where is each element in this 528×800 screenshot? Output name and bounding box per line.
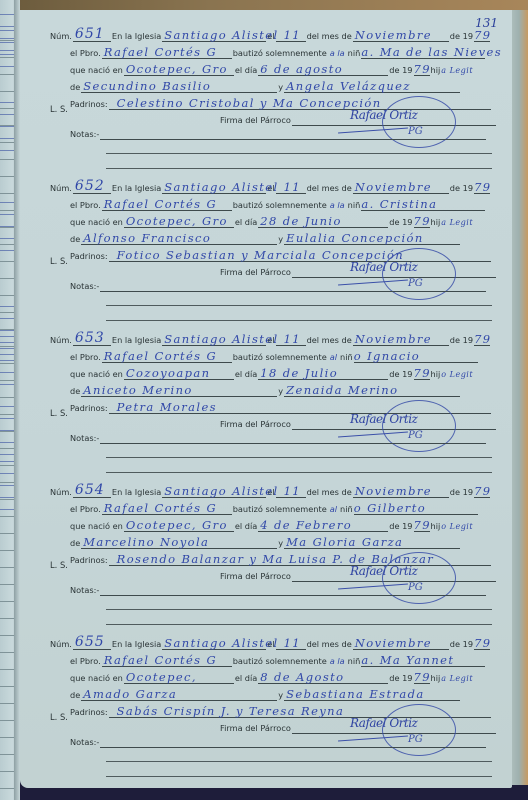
entry-header-row: Núm. 655 En la Iglesia Santiago Alistel … <box>50 634 491 650</box>
priest-name: Rafael Cortés G <box>104 45 217 59</box>
godparents-label: Padrinos: <box>70 251 108 262</box>
year-label: de 19 <box>450 639 473 650</box>
priest-name: Rafael Cortés G <box>104 349 217 363</box>
child-of-label: hij <box>431 217 441 228</box>
notes-line <box>106 472 492 473</box>
birth-date: 28 de Junio <box>260 214 342 228</box>
born-in-label: que nació en <box>70 521 123 532</box>
priest-name: Rafael Cortés G <box>104 197 217 211</box>
entry-header-row: Núm. 651 En la Iglesia Santiago Alistel … <box>50 26 491 42</box>
born-year-field: 79 <box>414 516 430 532</box>
notes-label: Notas:- <box>70 585 99 596</box>
born-day-label: el día <box>235 217 257 228</box>
entry-number-field: 652 <box>73 178 111 194</box>
article: a la <box>330 656 345 667</box>
child-label: niñ <box>348 48 361 59</box>
born-in-field: Ocotepec, Gro <box>124 60 234 76</box>
mother-field: Angela Velázquez <box>284 77 460 93</box>
father-field: Marcelino Noyola <box>81 533 277 549</box>
father-name: Aniceto Merino <box>83 383 193 397</box>
church-label: En la Iglesia <box>112 183 161 194</box>
month-value: Noviembre <box>355 484 432 498</box>
baptism-entry: Núm. 655 En la Iglesia Santiago Alistel … <box>20 626 512 778</box>
priest-row: el Pbro. Rafael Cortés G bautizó solemne… <box>70 195 486 211</box>
notes-line <box>106 153 492 154</box>
born-year-label: de 19 <box>389 369 412 380</box>
baptized-label: bautizó solemnemente <box>233 48 327 59</box>
parish-seal <box>382 552 456 604</box>
article: a la <box>330 48 345 59</box>
baptized-label: bautizó solemnemente <box>233 352 327 363</box>
born-in-label: que nació en <box>70 369 123 380</box>
notes-line <box>106 168 492 169</box>
father-field: Alfonso Francisco <box>81 229 277 245</box>
day-value: 11 <box>284 180 301 194</box>
month-label: del mes de <box>307 335 352 346</box>
church-label: En la Iglesia <box>112 335 161 346</box>
mother-field: Zenaida Merino <box>284 381 460 397</box>
month-value: Noviembre <box>355 180 432 194</box>
parish-seal <box>382 704 456 756</box>
mother-name: Eulalia Concepción <box>286 231 424 245</box>
notes-field[interactable] <box>100 428 486 444</box>
num-label: Núm. <box>50 487 72 498</box>
legitimacy: a Legit <box>441 66 473 75</box>
mother-field: Eulalia Concepción <box>284 229 460 245</box>
year-value: 79 <box>474 484 491 498</box>
baptism-entry: Núm. 654 En la Iglesia Santiago Alistel … <box>20 474 512 626</box>
month-label: del mes de <box>307 31 352 42</box>
entry-number: 652 <box>75 178 105 194</box>
born-in-field: Ocotepec, <box>124 668 234 684</box>
born-year-field: 79 <box>414 212 430 228</box>
born-in-field: Ocotepec, Gro <box>124 516 234 532</box>
parents-row: de Marcelino Noyola y Ma Gloria Garza <box>70 533 461 549</box>
priest-row: el Pbro. Rafael Cortés G bautizó solemne… <box>70 499 479 515</box>
child-name: a. Cristina <box>361 197 437 211</box>
notes-line <box>106 609 492 610</box>
parish-seal <box>382 248 456 300</box>
month-label: del mes de <box>307 639 352 650</box>
day-value: 11 <box>284 636 301 650</box>
mother-name: Zenaida Merino <box>286 383 398 397</box>
notes-line <box>106 320 492 321</box>
priest-row: el Pbro. Rafael Cortés G bautizó solemne… <box>70 651 486 667</box>
father-field: Amado Garza <box>81 685 277 701</box>
priest-field: Rafael Cortés G <box>102 651 232 667</box>
birth-row: que nació en Ocotepec, Gro el día 4 de F… <box>70 516 488 532</box>
child-name-field: a. Cristina <box>361 195 485 211</box>
child-label: niñ <box>348 656 361 667</box>
year-value: 79 <box>474 332 491 346</box>
priest-field: Rafael Cortés G <box>102 347 232 363</box>
entry-number: 654 <box>75 482 105 498</box>
legitimacy: o Legit <box>441 370 473 379</box>
legitimacy: o Legit <box>441 522 473 531</box>
child-name-field: a. Ma de las Nieves <box>361 43 485 59</box>
month-value: Noviembre <box>355 28 432 42</box>
entry-number: 653 <box>75 330 105 346</box>
notes-row: Notas:- <box>70 428 487 444</box>
legitimacy: a Legit <box>441 674 473 683</box>
child-of-label: hij <box>431 521 441 532</box>
born-date-field: 18 de Julio <box>258 364 388 380</box>
born-year-label: de 19 <box>389 673 412 684</box>
child-of-label: hij <box>431 673 441 684</box>
parents-row: de Secundino Basilio y Angela Velázquez <box>70 77 461 93</box>
day-value: 11 <box>284 332 301 346</box>
article: al <box>330 504 337 515</box>
child-label: niñ <box>340 352 353 363</box>
child-name-field: o Ignacio <box>354 347 478 363</box>
ls-label: L. S. <box>50 560 68 570</box>
born-in-label: que nació en <box>70 65 123 76</box>
godparents-label: Padrinos: <box>70 707 108 718</box>
and-label: y <box>278 538 283 549</box>
born-in-field: Cozoyoapan <box>124 364 234 380</box>
year-field: 79 <box>474 482 490 498</box>
priest-label: el Pbro. <box>70 200 101 211</box>
day-field: 11 <box>276 330 306 346</box>
ls-label: L. S. <box>50 256 68 266</box>
year-field: 79 <box>474 330 490 346</box>
article: a la <box>330 200 345 211</box>
of-label: de <box>70 234 80 245</box>
notes-label: Notas:- <box>70 433 99 444</box>
birth-row: que nació en Ocotepec, Gro el día 6 de a… <box>70 60 488 76</box>
of-label: de <box>70 386 80 397</box>
child-label: niñ <box>340 504 353 515</box>
mother-name: Angela Velázquez <box>286 79 411 93</box>
church-name: Santiago Alistel <box>164 28 278 42</box>
day-value: 11 <box>284 28 301 42</box>
born-year-field: 79 <box>414 60 430 76</box>
notes-line <box>106 305 492 306</box>
child-name-field: a. Ma Yannet <box>361 651 485 667</box>
day-field: 11 <box>276 482 306 498</box>
born-year-field: 79 <box>414 668 430 684</box>
baptism-entry: Núm. 653 En la Iglesia Santiago Alistel … <box>20 322 512 474</box>
month-field: Noviembre <box>353 178 449 194</box>
legitimacy: a Legit <box>441 218 473 227</box>
priest-field: Rafael Cortés G <box>102 499 232 515</box>
mother-name: Ma Gloria Garza <box>286 535 403 549</box>
notes-label: Notas:- <box>70 129 99 140</box>
born-day-label: el día <box>235 521 257 532</box>
parish-seal <box>382 400 456 452</box>
entry-number: 655 <box>75 634 105 650</box>
day-field: 11 <box>276 26 306 42</box>
birth-date: 18 de Julio <box>260 366 338 380</box>
legitimacy-field: o Legit <box>441 516 487 532</box>
baptized-label: bautizó solemnemente <box>233 200 327 211</box>
notes-line <box>106 761 492 762</box>
child-name: o Gilberto <box>354 501 426 515</box>
month-field: Noviembre <box>353 482 449 498</box>
mother-field: Sebastiana Estrada <box>284 685 460 701</box>
legitimacy-field: a Legit <box>441 668 487 684</box>
day-value: 11 <box>284 484 301 498</box>
church-label: En la Iglesia <box>112 639 161 650</box>
father-name: Marcelino Noyola <box>83 535 209 549</box>
parents-row: de Alfonso Francisco y Eulalia Concepció… <box>70 229 461 245</box>
born-year-field: 79 <box>414 364 430 380</box>
born-date-field: 28 de Junio <box>258 212 388 228</box>
birthplace: Cozoyoapan <box>126 366 211 380</box>
year-label: de 19 <box>450 335 473 346</box>
father-field: Secundino Basilio <box>81 77 277 93</box>
priest-name: Rafael Cortés G <box>104 501 217 515</box>
entry-header-row: Núm. 654 En la Iglesia Santiago Alistel … <box>50 482 491 498</box>
notes-label: Notas:- <box>70 281 99 292</box>
entry-number: 651 <box>75 26 105 42</box>
month-field: Noviembre <box>353 26 449 42</box>
year-label: de 19 <box>450 31 473 42</box>
church-name: Santiago Alistel <box>164 180 278 194</box>
birth-row: que nació en Cozoyoapan el día 18 de Jul… <box>70 364 488 380</box>
of-label: de <box>70 690 80 701</box>
year-value: 79 <box>474 180 491 194</box>
father-name: Secundino Basilio <box>83 79 211 93</box>
year-value: 79 <box>474 28 491 42</box>
baptized-label: bautizó solemnemente <box>233 656 327 667</box>
notes-line <box>106 457 492 458</box>
born-date-field: 8 de Agosto <box>258 668 388 684</box>
article: al <box>330 352 337 363</box>
priest-field: Rafael Cortés G <box>102 43 232 59</box>
notes-field[interactable] <box>100 580 486 596</box>
child-name: a. Ma de las Nieves <box>361 45 502 59</box>
church-name: Santiago Alistel <box>164 332 278 346</box>
day-field: 11 <box>276 634 306 650</box>
entry-number-field: 653 <box>73 330 111 346</box>
notes-row: Notas:- <box>70 276 487 292</box>
parents-row: de Amado Garza y Sebastiana Estrada <box>70 685 461 701</box>
mother-field: Ma Gloria Garza <box>284 533 460 549</box>
legitimacy-field: o Legit <box>441 364 487 380</box>
born-year-label: de 19 <box>389 521 412 532</box>
child-label: niñ <box>348 200 361 211</box>
church-label: En la Iglesia <box>112 487 161 498</box>
notes-row: Notas:- <box>70 580 487 596</box>
month-value: Noviembre <box>355 332 432 346</box>
born-day-label: el día <box>235 673 257 684</box>
church-field: Santiago Alistel <box>162 330 266 346</box>
and-label: y <box>278 386 283 397</box>
priest-row: el Pbro. Rafael Cortés G bautizó solemne… <box>70 347 479 363</box>
child-name: o Ignacio <box>354 349 420 363</box>
godparents-names: Celestino Cristobal y Ma Concepción <box>117 96 382 110</box>
parish-seal <box>382 96 456 148</box>
entry-header-row: Núm. 652 En la Iglesia Santiago Alistel … <box>50 178 491 194</box>
birthplace: Ocotepec, Gro <box>126 62 228 76</box>
num-label: Núm. <box>50 31 72 42</box>
notes-field[interactable] <box>100 124 486 140</box>
ls-label: L. S. <box>50 104 68 114</box>
priest-label: el Pbro. <box>70 504 101 515</box>
month-field: Noviembre <box>353 330 449 346</box>
born-day-label: el día <box>235 369 257 380</box>
birth-row: que nació en Ocotepec, Gro el día 28 de … <box>70 212 488 228</box>
church-field: Santiago Alistel <box>162 482 266 498</box>
mother-name: Sebastiana Estrada <box>286 687 425 701</box>
notes-field[interactable] <box>100 276 486 292</box>
notes-row: Notas:- <box>70 732 487 748</box>
baptism-entry: Núm. 652 En la Iglesia Santiago Alistel … <box>20 170 512 322</box>
church-field: Santiago Alistel <box>162 178 266 194</box>
godparents-label: Padrinos: <box>70 555 108 566</box>
page-stack-edge <box>510 10 528 785</box>
year-value: 79 <box>474 636 491 650</box>
month-field: Noviembre <box>353 634 449 650</box>
birth-year: 79 <box>414 670 431 684</box>
entry-number-field: 654 <box>73 482 111 498</box>
num-label: Núm. <box>50 183 72 194</box>
father-name: Amado Garza <box>83 687 177 701</box>
ls-label: L. S. <box>50 712 68 722</box>
godparents-label: Padrinos: <box>70 403 108 414</box>
entry-number-field: 655 <box>73 634 111 650</box>
born-date-field: 6 de agosto <box>258 60 388 76</box>
birth-year: 79 <box>414 518 431 532</box>
birth-date: 6 de agosto <box>260 62 343 76</box>
month-label: del mes de <box>307 487 352 498</box>
church-field: Santiago Alistel <box>162 26 266 42</box>
baptism-entry: Núm. 651 En la Iglesia Santiago Alistel … <box>20 18 512 170</box>
priest-label: el Pbro. <box>70 352 101 363</box>
month-value: Noviembre <box>355 636 432 650</box>
birthplace: Ocotepec, <box>126 670 197 684</box>
born-date-field: 4 de Febrero <box>258 516 388 532</box>
year-field: 79 <box>474 634 490 650</box>
notes-line <box>106 776 492 777</box>
priest-label: el Pbro. <box>70 48 101 59</box>
born-in-field: Ocotepec, Gro <box>124 212 234 228</box>
notes-field[interactable] <box>100 732 486 748</box>
church-label: En la Iglesia <box>112 31 161 42</box>
and-label: y <box>278 690 283 701</box>
godparents-label: Padrinos: <box>70 99 108 110</box>
priest-label: el Pbro. <box>70 656 101 667</box>
born-day-label: el día <box>235 65 257 76</box>
father-name: Alfonso Francisco <box>83 231 211 245</box>
and-label: y <box>278 82 283 93</box>
godparents-names: Sabás Crispín J. y Teresa Reyna <box>117 704 345 718</box>
register-page: 131 Núm. 651 En la Iglesia Santiago Alis… <box>20 10 512 788</box>
church-field: Santiago Alistel <box>162 634 266 650</box>
day-field: 11 <box>276 178 306 194</box>
ls-label: L. S. <box>50 408 68 418</box>
child-of-label: hij <box>431 369 441 380</box>
entry-number-field: 651 <box>73 26 111 42</box>
godparents-names: Petra Morales <box>117 400 217 414</box>
birth-date: 4 de Febrero <box>260 518 352 532</box>
legitimacy-field: a Legit <box>441 212 487 228</box>
church-name: Santiago Alistel <box>164 636 278 650</box>
entry-header-row: Núm. 653 En la Iglesia Santiago Alistel … <box>50 330 491 346</box>
birth-date: 8 de Agosto <box>260 670 344 684</box>
born-in-label: que nació en <box>70 673 123 684</box>
year-label: de 19 <box>450 183 473 194</box>
year-field: 79 <box>474 178 490 194</box>
birthplace: Ocotepec, Gro <box>126 214 228 228</box>
num-label: Núm. <box>50 335 72 346</box>
born-year-label: de 19 <box>389 217 412 228</box>
notes-line <box>106 624 492 625</box>
month-label: del mes de <box>307 183 352 194</box>
birth-row: que nació en Ocotepec, el día 8 de Agost… <box>70 668 488 684</box>
baptized-label: bautizó solemnemente <box>233 504 327 515</box>
church-name: Santiago Alistel <box>164 484 278 498</box>
of-label: de <box>70 538 80 549</box>
birth-year: 79 <box>414 366 431 380</box>
of-label: de <box>70 82 80 93</box>
priest-row: el Pbro. Rafael Cortés G bautizó solemne… <box>70 43 486 59</box>
and-label: y <box>278 234 283 245</box>
parents-row: de Aniceto Merino y Zenaida Merino <box>70 381 461 397</box>
notes-row: Notas:- <box>70 124 487 140</box>
birth-year: 79 <box>414 62 431 76</box>
year-field: 79 <box>474 26 490 42</box>
year-label: de 19 <box>450 487 473 498</box>
born-in-label: que nació en <box>70 217 123 228</box>
child-name: a. Ma Yannet <box>361 653 454 667</box>
num-label: Núm. <box>50 639 72 650</box>
legitimacy-field: a Legit <box>441 60 487 76</box>
child-of-label: hij <box>431 65 441 76</box>
priest-name: Rafael Cortés G <box>104 653 217 667</box>
father-field: Aniceto Merino <box>81 381 277 397</box>
notes-label: Notas:- <box>70 737 99 748</box>
priest-field: Rafael Cortés G <box>102 195 232 211</box>
child-name-field: o Gilberto <box>354 499 478 515</box>
birthplace: Ocotepec, Gro <box>126 518 228 532</box>
birth-year: 79 <box>414 214 431 228</box>
born-year-label: de 19 <box>389 65 412 76</box>
